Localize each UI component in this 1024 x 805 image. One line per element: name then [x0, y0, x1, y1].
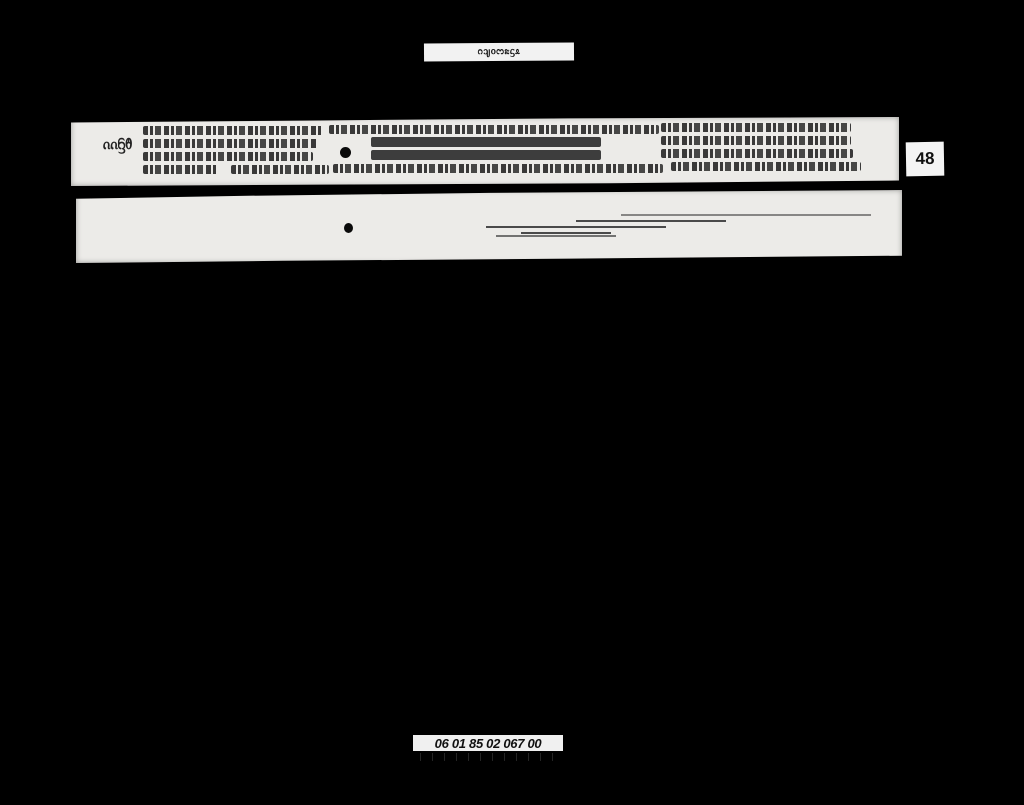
manuscript-title-label: ᦅᦻᦞᦂᦰᦓᦸ — [424, 42, 574, 61]
manuscript-text-line — [671, 162, 861, 171]
leaf-margin-mark: ᦶᦌᦹ — [103, 135, 132, 154]
leaf-scratch — [521, 232, 611, 234]
smudged-text — [371, 150, 601, 160]
catalog-code-label: 06 01 85 02 067 00 — [413, 735, 563, 751]
palm-leaf-1: ᦶᦌᦹ — [71, 117, 899, 186]
string-hole — [344, 223, 353, 233]
title-label-text: ᦅᦻᦞᦂᦰᦓᦸ — [478, 46, 521, 58]
barcode-ticks — [420, 753, 560, 761]
palm-leaf-2 — [76, 190, 902, 263]
string-hole — [340, 147, 351, 158]
manuscript-text-line — [231, 165, 329, 174]
leaf-scratch — [496, 235, 616, 237]
manuscript-text-line — [333, 164, 663, 173]
catalog-code: 06 01 85 02 067 00 — [435, 736, 542, 751]
manuscript-text-line — [143, 139, 318, 148]
page-number-tag: 48 — [906, 142, 945, 177]
leaf-scratch — [621, 214, 871, 216]
manuscript-text-line — [661, 136, 851, 145]
leaf-scratch — [486, 226, 666, 228]
manuscript-text-line — [143, 152, 313, 161]
manuscript-text-line — [661, 149, 853, 158]
leaf-scratch — [576, 220, 726, 222]
manuscript-text-line — [143, 165, 218, 174]
manuscript-text-line — [143, 126, 323, 135]
manuscript-text-line — [329, 125, 659, 134]
smudged-text — [371, 137, 601, 147]
manuscript-text-line — [661, 123, 851, 132]
page-number: 48 — [915, 149, 934, 169]
